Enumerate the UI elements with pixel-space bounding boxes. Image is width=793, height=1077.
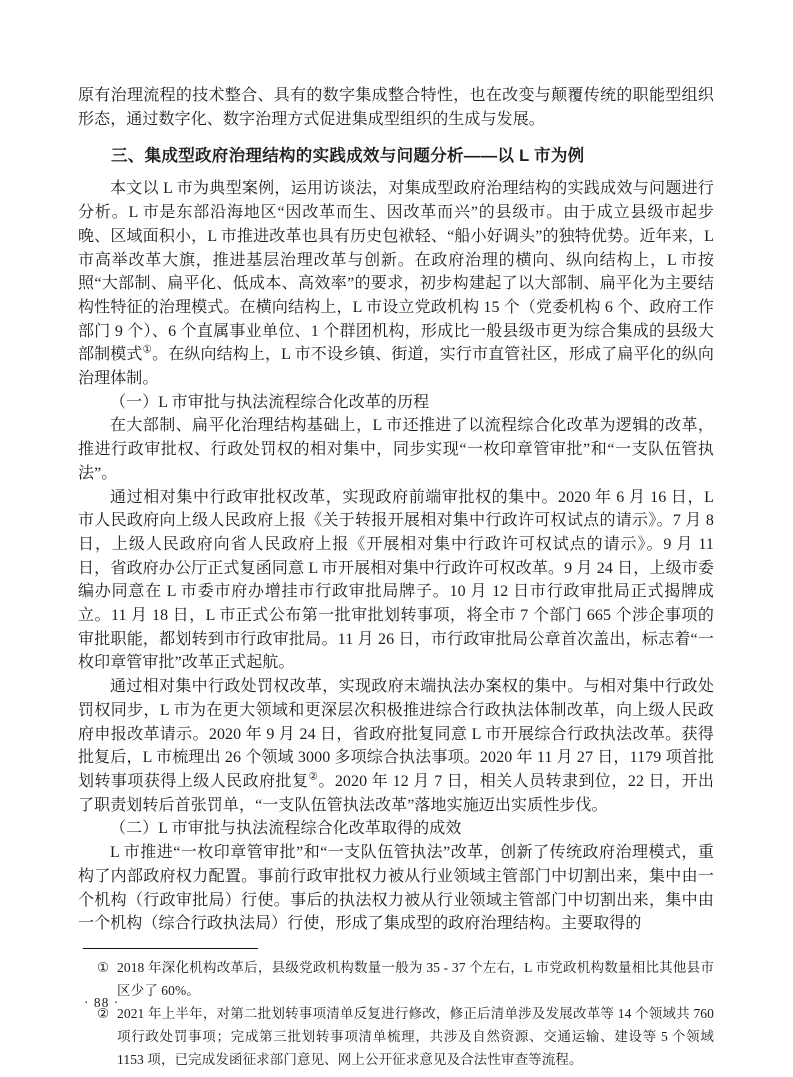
paragraph-case-overview: 本文以 L 市为典型案例，运用访谈法，对集成型政府治理结构的实践成效与问题进行分… bbox=[78, 177, 714, 390]
footnotes-section: ①2018 年深化机构改革后，县级党政机构数量一般为 35 - 37 个左右，L… bbox=[78, 956, 714, 1071]
footnote-2: ②2021 年上半年，对第二批划转事项清单反复进行修改，修正后清单涉及发展改革等… bbox=[78, 1002, 714, 1071]
footnote-1-marker: ① bbox=[97, 956, 109, 979]
paragraph-achievements: L 市推进“一枚印章管审批”和“一支队伍管执法”改革，创新了传统政府治理模式，重… bbox=[78, 841, 714, 936]
subheading-1-reform-history: （一）L 市审批与执法流程综合化改革的历程 bbox=[78, 391, 714, 415]
paragraph-text: 本文以 L 市为典型案例，运用访谈法，对集成型政府治理结构的实践成效与问题进行分… bbox=[78, 180, 714, 363]
page-number: · 88 · bbox=[84, 995, 119, 1011]
footnote-2-text: 2021 年上半年，对第二批划转事项清单反复进行修改，修正后清单涉及发展改革等 … bbox=[117, 1006, 714, 1067]
paragraph-reform-logic: 在大部制、扁平化治理结构基础上，L 市还推进了以流程综合化改革为逻辑的改革，推进… bbox=[78, 414, 714, 485]
footnote-ref-2: ② bbox=[308, 772, 318, 783]
section-heading-3: 三、集成型政府治理结构的实践成效与问题分析——以 L 市为例 bbox=[78, 144, 714, 168]
paragraph-continuation: 原有治理流程的技术整合、具有的数字集成整合特性，也在改变与颠覆传统的职能型组织形… bbox=[78, 84, 714, 131]
paragraph-approval-reform: 通过相对集中行政审批权改革，实现政府前端审批权的集中。2020 年 6 月 16… bbox=[78, 486, 714, 676]
footnote-1-text: 2018 年深化机构改革后，县级党政机构数量一般为 35 - 37 个左右，L … bbox=[117, 960, 714, 998]
footnote-1: ①2018 年深化机构改革后，县级党政机构数量一般为 35 - 37 个左右，L… bbox=[78, 956, 714, 1002]
document-page: 原有治理流程的技术整合、具有的数字集成整合特性，也在改变与颠覆传统的职能型组织形… bbox=[0, 0, 793, 1077]
footnote-ref-1: ① bbox=[143, 345, 153, 356]
subheading-2-reform-achievements: （二）L 市审批与执法流程综合化改革取得的成效 bbox=[78, 817, 714, 841]
paragraph-text: 。在纵向结构上，L 市不设乡镇、街道，实行市直管社区，形成了扁平化的纵向治理体制… bbox=[78, 346, 714, 387]
footnote-separator bbox=[83, 948, 258, 949]
paragraph-enforcement-reform: 通过相对集中行政处罚权改革，实现政府末端执法办案权的集中。与相对集中行政处罚权同… bbox=[78, 675, 714, 817]
